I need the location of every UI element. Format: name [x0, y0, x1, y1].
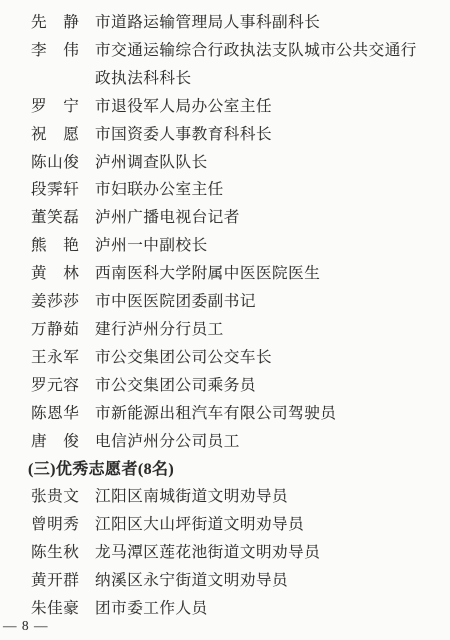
entry-title: 市交通运输综合行政执法支队城市公共交通行政执法科科长 — [95, 37, 422, 93]
entry-name: 陈生秋 — [31, 539, 80, 567]
entry-name: 黄开群 — [31, 567, 80, 595]
document-page: 先 静 市道路运输管理局人事科副科长 李 伟 市交通运输综合行政执法支队城市公共… — [0, 0, 450, 640]
list-item: 姜莎莎 市中医医院团委副书记 — [0, 288, 450, 316]
entry-title: 市国资委人事教育科科长 — [95, 121, 422, 149]
list-item: 段霁轩 市妇联办公室主任 — [0, 176, 450, 204]
entry-name: 罗元容 — [31, 372, 80, 400]
entry-title: 龙马潭区莲花池街道文明劝导员 — [95, 539, 422, 567]
list-item: 万静茹 建行泸州分行员工 — [0, 316, 450, 344]
list-item: 唐 俊 电信泸州分公司员工 — [0, 428, 450, 456]
entry-name: 陈恩华 — [31, 400, 80, 428]
entry-title: 市妇联办公室主任 — [95, 176, 422, 204]
entry-name: 陈山俊 — [31, 149, 80, 177]
entry-title: 泸州广播电视台记者 — [95, 204, 422, 232]
entry-name: 熊 艳 — [31, 232, 80, 260]
entry-name: 万静茹 — [31, 316, 80, 344]
entry-title: 市道路运输管理局人事科副科长 — [95, 9, 422, 37]
list-item: 陈生秋 龙马潭区莲花池街道文明劝导员 — [0, 539, 450, 567]
list-item: 朱佳豪 团市委工作人员 — [0, 595, 450, 623]
list-item: 祝 愿 市国资委人事教育科科长 — [0, 121, 450, 149]
entry-title: 江阳区大山坪街道文明劝导员 — [95, 511, 422, 539]
entry-title: 团市委工作人员 — [95, 595, 422, 623]
list-item: 曾明秀 江阳区大山坪街道文明劝导员 — [0, 511, 450, 539]
entry-title: 市新能源出租汽车有限公司驾驶员 — [95, 400, 422, 428]
page-number: — 8 — — [3, 618, 49, 634]
entry-name: 段霁轩 — [31, 176, 80, 204]
entry-title: 建行泸州分行员工 — [95, 316, 422, 344]
section-heading: (三)优秀志愿者(8名) — [0, 456, 450, 484]
list-item: 黄 林 西南医科大学附属中医医院医生 — [0, 260, 450, 288]
list-item: 陈恩华 市新能源出租汽车有限公司驾驶员 — [0, 400, 450, 428]
list-item: 王永军 市公交集团公司公交车长 — [0, 344, 450, 372]
list-item: 张贵文 江阳区南城街道文明劝导员 — [0, 483, 450, 511]
list-item: 熊 艳 泸州一中副校长 — [0, 232, 450, 260]
list-item: 黄开群 纳溪区永宁街道文明劝导员 — [0, 567, 450, 595]
entry-name: 李 伟 — [31, 37, 80, 65]
entry-title: 纳溪区永宁街道文明劝导员 — [95, 567, 422, 595]
entry-title: 江阳区南城街道文明劝导员 — [95, 483, 422, 511]
entry-name: 罗 宁 — [31, 93, 80, 121]
list-item: 罗 宁 市退役军人局办公室主任 — [0, 93, 450, 121]
list-item: 陈山俊 泸州调查队队长 — [0, 149, 450, 177]
entry-name: 董笑磊 — [31, 204, 80, 232]
entry-name: 唐 俊 — [31, 428, 80, 456]
volunteer-list: 张贵文 江阳区南城街道文明劝导员 曾明秀 江阳区大山坪街道文明劝导员 陈生秋 龙… — [0, 483, 450, 623]
entry-name: 姜莎莎 — [31, 288, 80, 316]
entry-name: 王永军 — [31, 344, 80, 372]
list-item: 先 静 市道路运输管理局人事科副科长 — [0, 9, 450, 37]
entry-name: 黄 林 — [31, 260, 80, 288]
entry-name: 张贵文 — [31, 483, 80, 511]
entry-name: 祝 愿 — [31, 121, 80, 149]
entry-name: 曾明秀 — [31, 511, 80, 539]
entry-name: 先 静 — [31, 9, 80, 37]
entry-title: 市中医医院团委副书记 — [95, 288, 422, 316]
list-item: 董笑磊 泸州广播电视台记者 — [0, 204, 450, 232]
entry-title: 泸州一中副校长 — [95, 232, 422, 260]
entry-title: 泸州调查队队长 — [95, 149, 422, 177]
list-item: 李 伟 市交通运输综合行政执法支队城市公共交通行政执法科科长 — [0, 37, 450, 93]
entry-title: 市公交集团公司乘务员 — [95, 372, 422, 400]
award-list: 先 静 市道路运输管理局人事科副科长 李 伟 市交通运输综合行政执法支队城市公共… — [0, 0, 450, 456]
entry-title: 电信泸州分公司员工 — [95, 428, 422, 456]
entry-title: 市退役军人局办公室主任 — [95, 93, 422, 121]
entry-title: 市公交集团公司公交车长 — [95, 344, 422, 372]
list-item: 罗元容 市公交集团公司乘务员 — [0, 372, 450, 400]
entry-title: 西南医科大学附属中医医院医生 — [95, 260, 422, 288]
